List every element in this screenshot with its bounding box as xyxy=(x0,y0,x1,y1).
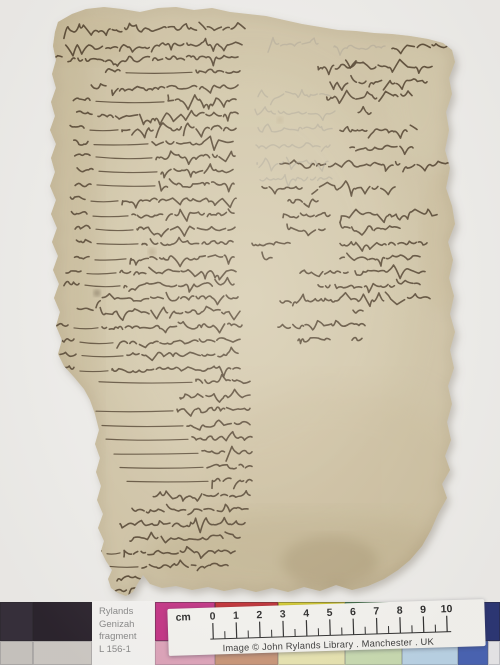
ruler-tick xyxy=(306,620,307,636)
ruler-tick xyxy=(283,621,284,637)
handwritten-stroke xyxy=(89,564,104,568)
ruler-tick xyxy=(400,617,401,633)
ruler-tick xyxy=(236,622,237,638)
checker-square-light xyxy=(0,641,33,665)
cm-ruler: cm 012345678910 Image © John Rylands Lib… xyxy=(167,599,485,656)
ruler-tick xyxy=(260,622,261,638)
ruler-tick xyxy=(213,623,214,639)
shelfmark-line: Rylands xyxy=(99,606,154,619)
ruler-tick xyxy=(330,619,331,635)
ruler-tick xyxy=(353,619,354,635)
shelfmark-line: fragment xyxy=(99,631,154,644)
checker-square-light xyxy=(33,641,92,665)
ruler-tick xyxy=(447,616,448,632)
shelfmark-line: L 156-1 xyxy=(99,644,154,657)
handwritten-stroke xyxy=(127,481,208,482)
handwritten-stroke xyxy=(86,549,101,552)
ruler-tick xyxy=(377,618,378,634)
checker-square-dark xyxy=(0,602,33,641)
ruler-tick xyxy=(423,616,424,632)
photo-of-genizah-fragment: Rylands Genizah fragment L 156-1 cm 0123… xyxy=(0,0,500,665)
shelfmark-line: Genizah xyxy=(99,619,154,632)
checker-square-dark xyxy=(33,602,92,641)
manuscript-fragment xyxy=(0,0,500,665)
color-patch-light xyxy=(488,641,500,665)
shelfmark-label: Rylands Genizah fragment L 156-1 xyxy=(92,601,154,665)
